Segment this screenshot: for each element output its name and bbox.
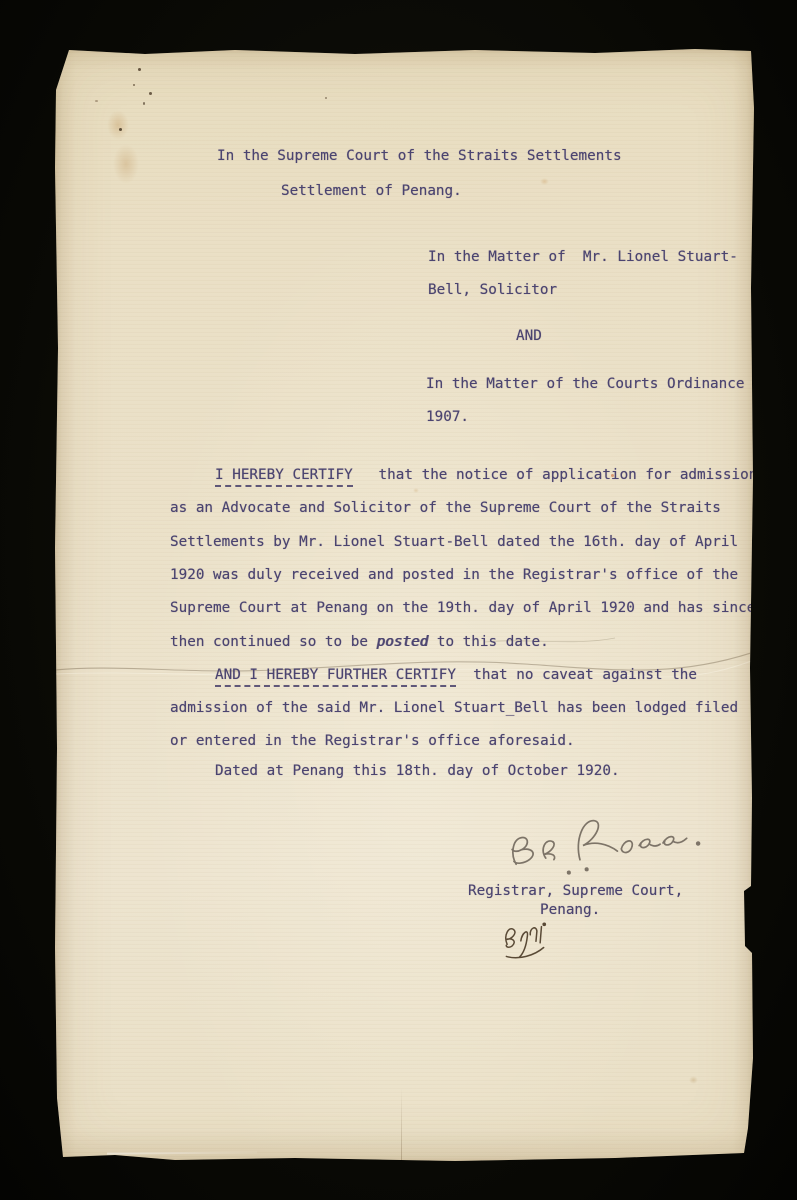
certify2-line3: or entered in the Registrar's office afo… bbox=[170, 734, 575, 748]
stain-speck bbox=[325, 97, 327, 99]
court-heading-line1: In the Supreme Court of the Straits Sett… bbox=[217, 149, 622, 163]
matter-line2: Bell, Solicitor bbox=[428, 283, 557, 297]
stain-foxing bbox=[413, 488, 419, 493]
dated-line: Dated at Penang this 18th. day of Octobe… bbox=[215, 764, 620, 778]
certify2-line1-rest: that no caveat against the bbox=[456, 667, 697, 683]
certify1-line1: I HEREBY CERTIFY that the notice of appl… bbox=[215, 468, 757, 482]
certify1-smudged-word: posted bbox=[377, 634, 429, 650]
certify2-line1: AND I HEREBY FURTHER CERTIFY that no cav… bbox=[215, 668, 697, 682]
certify1-line3: Settlements by Mr. Lionel Stuart-Bell da… bbox=[170, 535, 738, 549]
certify1-line6-post: to this date. bbox=[428, 634, 549, 650]
stain-foxing bbox=[689, 1076, 698, 1084]
certify2-line2: admission of the said Mr. Lionel Stuart_… bbox=[170, 701, 738, 715]
fold-crease bbox=[107, 1151, 257, 1154]
stain-blotch bbox=[113, 144, 139, 184]
stain-speck bbox=[143, 102, 145, 105]
certify1-line6-pre: then continued so to be bbox=[170, 634, 377, 650]
registrar-title-line1: Registrar, Supreme Court, bbox=[468, 884, 683, 898]
certify1-line1-rest: that the notice of application for admis… bbox=[353, 467, 758, 483]
stain-foxing bbox=[540, 178, 549, 185]
stain-speck bbox=[133, 84, 135, 86]
court-heading-line2: Settlement of Penang. bbox=[281, 184, 462, 198]
certify1-line4: 1920 was duly received and posted in the… bbox=[170, 568, 738, 582]
stain-speck bbox=[119, 128, 122, 131]
registrar-signature-script: B E Ross. bbox=[493, 810, 718, 880]
certify1-line2: as an Advocate and Solicitor of the Supr… bbox=[170, 501, 721, 515]
scan-background: In the Supreme Court of the Straits Sett… bbox=[0, 0, 797, 1200]
matter-line3: In the Matter of the Courts Ordinance bbox=[426, 377, 744, 391]
matter-line1: In the Matter of Mr. Lionel Stuart- bbox=[428, 250, 738, 264]
certify1-line5: Supreme Court at Penang on the 19th. day… bbox=[170, 601, 755, 615]
stain-speck bbox=[149, 92, 152, 95]
matter-line4: 1907. bbox=[426, 410, 469, 424]
stain-blotch bbox=[107, 110, 129, 140]
stain-speck bbox=[138, 68, 141, 71]
certify2-lead-underlined: AND I HEREBY FURTHER CERTIFY bbox=[215, 667, 456, 687]
matter-conjunction: AND bbox=[516, 329, 542, 343]
certify1-line6: then continued so to be posted to this d… bbox=[170, 635, 549, 649]
stain-speck bbox=[95, 100, 98, 102]
handwritten-initials: BGyll. bbox=[493, 916, 565, 968]
certify1-lead-underlined: I HEREBY CERTIFY bbox=[215, 467, 353, 487]
document-paper: In the Supreme Court of the Straits Sett… bbox=[55, 48, 754, 1162]
fold-crease bbox=[401, 1088, 402, 1160]
